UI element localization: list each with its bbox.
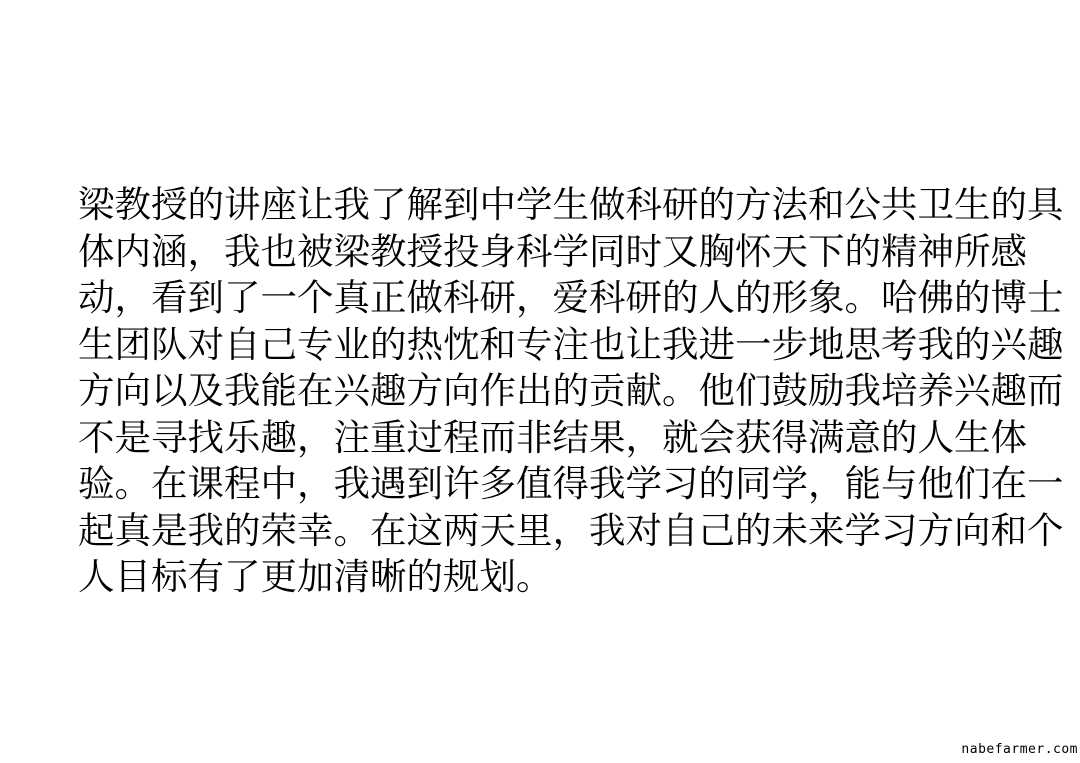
passage-line-7: 验。在课程中，我遇到许多值得我学习的同学，能与他们在一	[78, 461, 1008, 508]
passage-line-5: 方向以及我能在兴趣方向作出的贡献。他们鼓励我培养兴趣而	[78, 368, 1008, 415]
passage-line-1: 梁教授的讲座让我了解到中学生做科研的方法和公共卫生的具	[78, 182, 1008, 229]
passage-line-2: 体内涵，我也被梁教授投身科学同时又胸怀天下的精神所感	[78, 229, 1008, 276]
watermark: nabefarmer.com	[961, 742, 1078, 757]
passage-line-4: 生团队对自己专业的热忱和专注也让我进一步地思考我的兴趣	[78, 322, 1008, 369]
passage-line-8: 起真是我的荣幸。在这两天里，我对自己的未来学习方向和个	[78, 508, 1008, 555]
passage-line-3: 动，看到了一个真正做科研，爱科研的人的形象。哈佛的博士	[78, 275, 1008, 322]
passage-line-9: 人目标有了更加清晰的规划。	[78, 554, 1008, 601]
text-passage: 梁教授的讲座让我了解到中学生做科研的方法和公共卫生的具 体内涵，我也被梁教授投身…	[78, 182, 1008, 601]
passage-line-6: 不是寻找乐趣，注重过程而非结果，就会获得满意的人生体	[78, 415, 1008, 462]
